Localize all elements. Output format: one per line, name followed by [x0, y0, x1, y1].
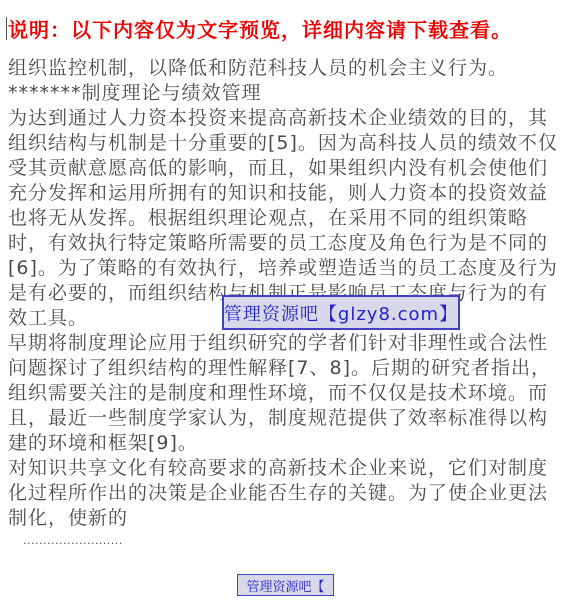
text-line: 充分发挥和运用所拥有的知识和技能，则人力资本的投资效益: [8, 181, 574, 206]
text-line: 建的环境和框架[9]。: [8, 431, 574, 456]
text-line: 组织结构与机制是十分重要的[5]。因为高科技人员的绩效不仅: [8, 131, 574, 156]
text-line: 对知识共享文化有较高要求的高新技术企业来说，它们对制度: [8, 456, 574, 481]
text-line: 受其贡献意愿高低的影响，而且，如果组织内没有机会使他们: [8, 156, 574, 181]
text-cursor: [6, 17, 7, 40]
text-line: 为达到通过人力资本投资来提高高新技术企业绩效的目的，其: [8, 106, 574, 131]
text-line: *******制度理论与绩效管理: [8, 81, 574, 106]
text-line: 组织监控机制，以降低和防范科技人员的机会主义行为。: [8, 56, 574, 81]
text-line: 制化，使新的: [8, 506, 574, 531]
text-line: 早期将制度理论应用于组织研究的学者们针对非理性或合法性: [8, 331, 574, 356]
text-line: 也将无从发挥。根据组织理论观点，在采用不同的组织策略: [8, 206, 574, 231]
text-line: 问题探讨了组织结构的理性解释[7、8]。后期的研究者指出，: [8, 356, 574, 381]
text-line: 时，有效执行特定策略所需要的员工态度及角色行为是不同的: [8, 231, 574, 256]
watermark-badge[interactable]: 管理资源吧【glzy8.com】: [222, 295, 460, 330]
text-line: 化过程所作出的决策是企业能否生存的关键。为了使企业更法: [8, 481, 574, 506]
ellipsis-line: ·························: [23, 531, 574, 556]
text-line: 且，最近一些制度学家认为，制度规范提供了效率标准得以构: [8, 406, 574, 431]
watermark-badge-small[interactable]: 管理资源吧【: [237, 574, 334, 596]
text-line: [6]。为了策略的有效执行，培养或塑造适当的员工态度及行为: [8, 256, 574, 281]
preview-notice: 说明：以下内容仅为文字预览，详细内容请下载查看。: [8, 14, 512, 43]
text-line: 组织需要关注的是制度和理性环境，而不仅仅是技术环境。而: [8, 381, 574, 406]
document-preview-page: 说明：以下内容仅为文字预览，详细内容请下载查看。 组织监控机制，以降低和防范科技…: [0, 0, 578, 600]
